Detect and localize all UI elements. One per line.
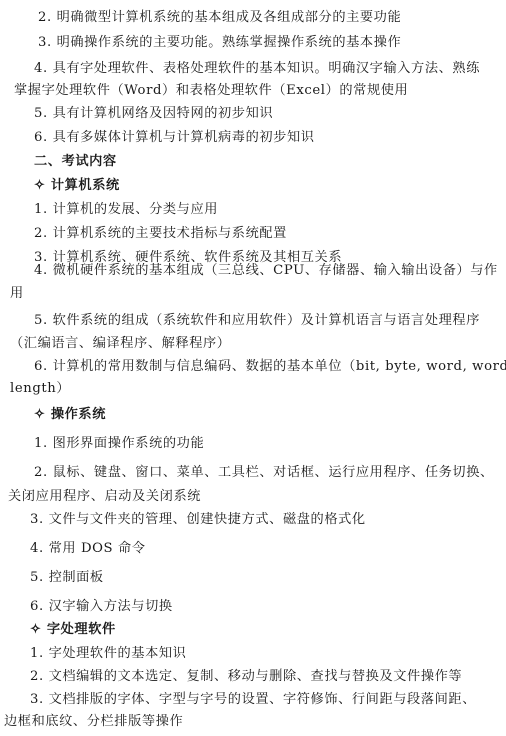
heading-operating-system: ✧ 操作系统 [34,407,106,423]
cs-item-6-cont: length） [10,381,70,397]
objective-6: 6. 具有多媒体计算机与计算机病毒的初步知识 [34,130,315,146]
cs-item-5: 5. 软件系统的组成（系统软件和应用软件）及计算机语言与语言处理程序 [34,313,480,329]
cs-item-4-cont: 用 [10,286,24,302]
os-item-1: 1. 图形界面操作系统的功能 [34,436,204,452]
cs-item-2: 2. 计算机系统的主要技术指标与系统配置 [34,226,287,242]
objective-5: 5. 具有计算机网络及因特网的初步知识 [34,106,273,122]
heading-word-processing: ✧ 字处理软件 [30,622,116,638]
os-item-2-cont: 关闭应用程序、启动及关闭系统 [8,489,201,505]
heading-computer-system: ✧ 计算机系统 [34,178,120,194]
objective-2: 2. 明确微型计算机系统的基本组成及各组成部分的主要功能 [38,10,401,26]
os-item-3: 3. 文件与文件夹的管理、创建快捷方式、磁盘的格式化 [30,512,366,528]
wp-item-1: 1. 字处理软件的基本知识 [30,646,186,662]
section-heading: 二、考试内容 [34,154,117,170]
cs-item-4: 4. 微机硬件系统的基本组成（三总线、CPU、存储器、输入输出设备）与作 [34,263,498,279]
os-item-5: 5. 控制面板 [30,570,104,586]
cs-item-6: 6. 计算机的常用数制与信息编码、数据的基本单位（bit, byte, word… [34,359,506,375]
wp-item-2: 2. 文档编辑的文本选定、复制、移动与删除、查找与替换及文件操作等 [30,669,462,685]
wp-item-3-cont: 边框和底纹、分栏排版等操作 [4,714,183,730]
cs-item-1: 1. 计算机的发展、分类与应用 [34,202,218,218]
os-item-2: 2. 鼠标、键盘、窗口、菜单、工具栏、对话框、运行应用程序、任务切换、 [34,465,494,481]
cs-item-5-cont: （汇编语言、编译程序、解释程序） [10,336,231,352]
objective-4-cont: 掌握字处理软件（Word）和表格处理软件（Excel）的常规使用 [14,83,408,99]
objective-3: 3. 明确操作系统的主要功能。熟练掌握操作系统的基本操作 [38,35,401,51]
os-item-6: 6. 汉字输入方法与切换 [30,599,173,615]
wp-item-3: 3. 文档排版的字体、字型与字号的设置、字符修饰、行间距与段落间距、 [30,692,476,708]
objective-4: 4. 具有字处理软件、表格处理软件的基本知识。明确汉字输入方法、熟练 [34,61,480,77]
os-item-4: 4. 常用 DOS 命令 [30,541,146,557]
